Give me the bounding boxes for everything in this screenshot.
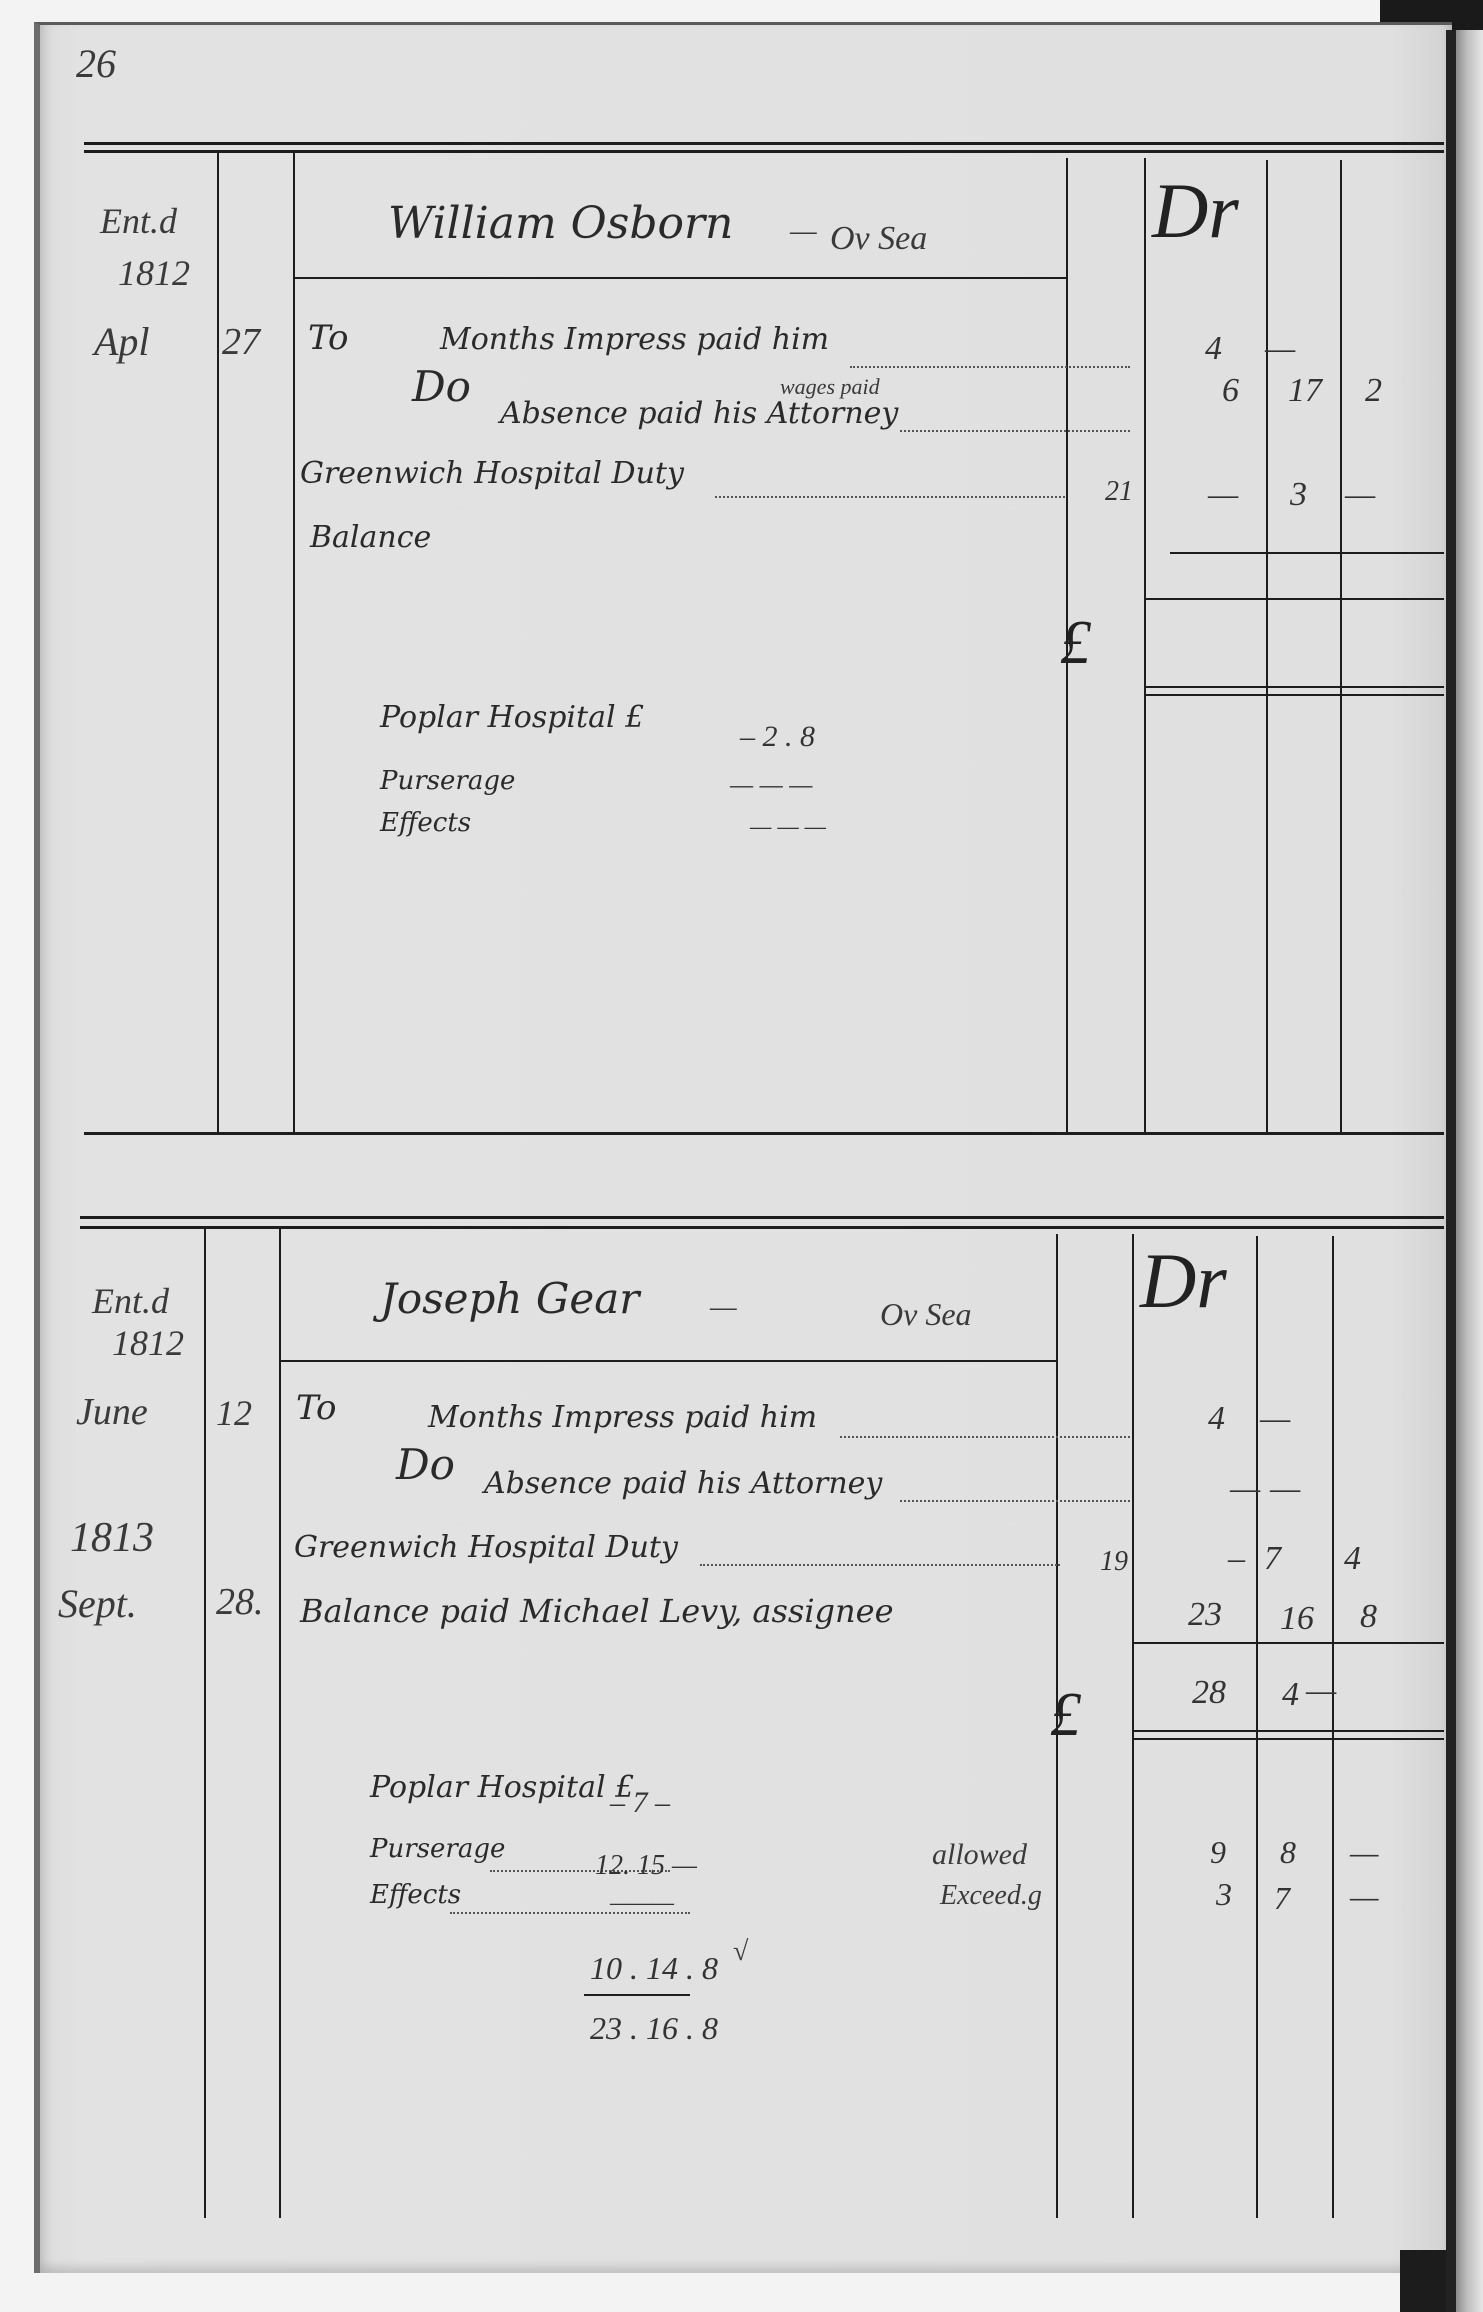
amount-pence: 2 [1365, 372, 1382, 410]
line-prefix: Do [412, 362, 471, 411]
line-prefix: Do [396, 1440, 455, 1489]
amount-pounds: — [1208, 476, 1238, 514]
deduction-value: — — — [730, 770, 812, 800]
leader-dots [900, 430, 1130, 432]
name-underline-rule [280, 1360, 1056, 1362]
book-spine [1446, 30, 1456, 2312]
name-underline-rule [294, 277, 1066, 279]
entered-label: Ent.d [100, 200, 177, 242]
amount-pence: 4 [1344, 1540, 1361, 1578]
amount-shillings: — [1265, 330, 1295, 368]
second-year: 1813 [70, 1514, 154, 1562]
column-divider [1332, 1236, 1334, 2218]
grand-total: 23 . 16 . 8 [590, 2010, 718, 2047]
ref-number: 19 [1100, 1546, 1128, 1578]
line-description: Balance paid Michael Levy, assignee [300, 1592, 894, 1630]
column-divider [1266, 160, 1268, 1132]
total-rule [1145, 598, 1444, 600]
amount-shillings: 7 [1264, 1540, 1281, 1578]
deduction-label: Effects [370, 1880, 461, 1910]
deduction-label: Poplar Hospital £ [370, 1770, 634, 1805]
line-description: Balance [310, 520, 431, 555]
column-divider [204, 1228, 206, 2218]
total-pence: — [1306, 1672, 1336, 1710]
sailor-name: Joseph Gear [380, 1274, 639, 1323]
total-double-rule [1133, 1738, 1444, 1740]
amount-pounds: 4 [1205, 330, 1222, 368]
amount-pence: — [1345, 476, 1375, 514]
sailor-status: Ov Sea [830, 220, 927, 258]
debit-header: Dr [1140, 1236, 1227, 1326]
leader-dots [700, 1564, 1060, 1566]
line-description: Absence paid his Attorney [484, 1466, 882, 1501]
ref-number: 21 [1105, 476, 1133, 508]
entered-year: 1812 [118, 252, 190, 294]
double-rule-top [80, 1216, 1444, 1219]
deduction-value: – 2 . 8 [740, 720, 815, 754]
deduction-label: Purserage [370, 1834, 505, 1864]
second-day: 28. [216, 1580, 264, 1624]
entry-bottom-rule [84, 1132, 1444, 1135]
total-double-rule [1133, 1730, 1444, 1732]
column-divider [293, 152, 295, 1132]
amount-pounds: – [1228, 1540, 1245, 1578]
amount-shillings: 16 [1280, 1600, 1314, 1638]
entry-month: Apl [94, 318, 150, 365]
name-dash: — [710, 1290, 737, 1324]
leader-dots [900, 1500, 1130, 1502]
entry-day: 12 [216, 1392, 252, 1434]
amount-pounds: 6 [1222, 372, 1239, 410]
sailor-status: Ov Sea [880, 1296, 972, 1333]
line-description: Greenwich Hospital Duty [294, 1530, 678, 1565]
check-mark: √ [733, 1936, 748, 1968]
deduction-value: — — — [750, 814, 826, 841]
entered-year: 1812 [112, 1322, 184, 1364]
leader-dots [715, 496, 1065, 498]
page-number: 26 [76, 40, 116, 87]
line-prefix: To [308, 318, 349, 358]
amount-pence: 8 [1360, 1598, 1377, 1636]
leader-dots [840, 1436, 1130, 1438]
sailor-name: William Osborn [388, 198, 733, 249]
deduction-label: Poplar Hospital £ [380, 700, 644, 735]
entry-day: 27 [222, 320, 260, 364]
amount-shillings: 17 [1288, 372, 1322, 410]
total-double-rule [1145, 694, 1444, 696]
name-dash: — [790, 214, 817, 248]
double-rule-top [84, 142, 1444, 145]
amount-pounds: 4 [1208, 1400, 1225, 1438]
amount-shillings: — [1260, 1400, 1290, 1438]
deduction-value: 12. 15 — [595, 1850, 697, 1882]
entry-month: June [76, 1390, 148, 1434]
side-amount-pence: — [1350, 1878, 1378, 1915]
column-divider [1132, 1234, 1134, 2218]
total-pound-symbol: £ [1050, 1680, 1081, 1751]
amount-shillings: 3 [1290, 476, 1307, 514]
column-divider [217, 152, 219, 1132]
subtotal-rule [584, 1994, 690, 1996]
adjacent-page-edge [1456, 30, 1483, 2312]
side-amount-pounds: 9 [1210, 1834, 1226, 1871]
column-divider [1256, 1236, 1258, 2218]
deduction-value: ——— [610, 1890, 674, 1917]
debit-header: Dr [1152, 166, 1239, 256]
deduction-label: Purserage [380, 766, 515, 796]
line-description: Greenwich Hospital Duty [300, 456, 684, 491]
column-divider [1340, 160, 1342, 1132]
line-description: Months Impress paid him [440, 322, 829, 357]
double-rule-top [80, 1226, 1444, 1229]
amount-pounds: 23 [1188, 1596, 1222, 1634]
side-amount-pence: — [1350, 1834, 1378, 1871]
amount-pounds: — [1230, 1470, 1260, 1508]
column-divider [1144, 158, 1146, 1132]
line-description: Absence paid his Attorney [500, 396, 898, 431]
side-amount-shillings: 8 [1280, 1834, 1296, 1871]
side-note-allowed: allowed [932, 1838, 1027, 1872]
total-double-rule [1145, 686, 1444, 688]
side-note-exceeding: Exceed.g [940, 1880, 1042, 1912]
side-amount-pounds: 3 [1216, 1876, 1232, 1913]
entered-label: Ent.d [92, 1280, 169, 1322]
total-rule [1133, 1642, 1444, 1644]
deduction-value: – 7 – [610, 1786, 670, 1820]
line-description: Months Impress paid him [428, 1400, 817, 1435]
column-divider [279, 1228, 281, 2218]
leader-dots [850, 366, 1130, 368]
subtotal: 10 . 14 . 8 [590, 1950, 718, 1987]
line-prefix: To [296, 1388, 337, 1428]
deduction-label: Effects [380, 808, 471, 838]
scan-border [1400, 2250, 1446, 2312]
double-rule-top [84, 150, 1444, 153]
total-pound-symbol: £ [1060, 608, 1091, 679]
total-shillings: 4 [1282, 1676, 1299, 1714]
side-amount-shillings: 7 [1274, 1880, 1290, 1917]
second-month: Sept. [58, 1580, 137, 1627]
sum-line [1170, 552, 1444, 554]
total-pounds: 28 [1192, 1674, 1226, 1712]
amount-shillings: — [1270, 1470, 1300, 1508]
